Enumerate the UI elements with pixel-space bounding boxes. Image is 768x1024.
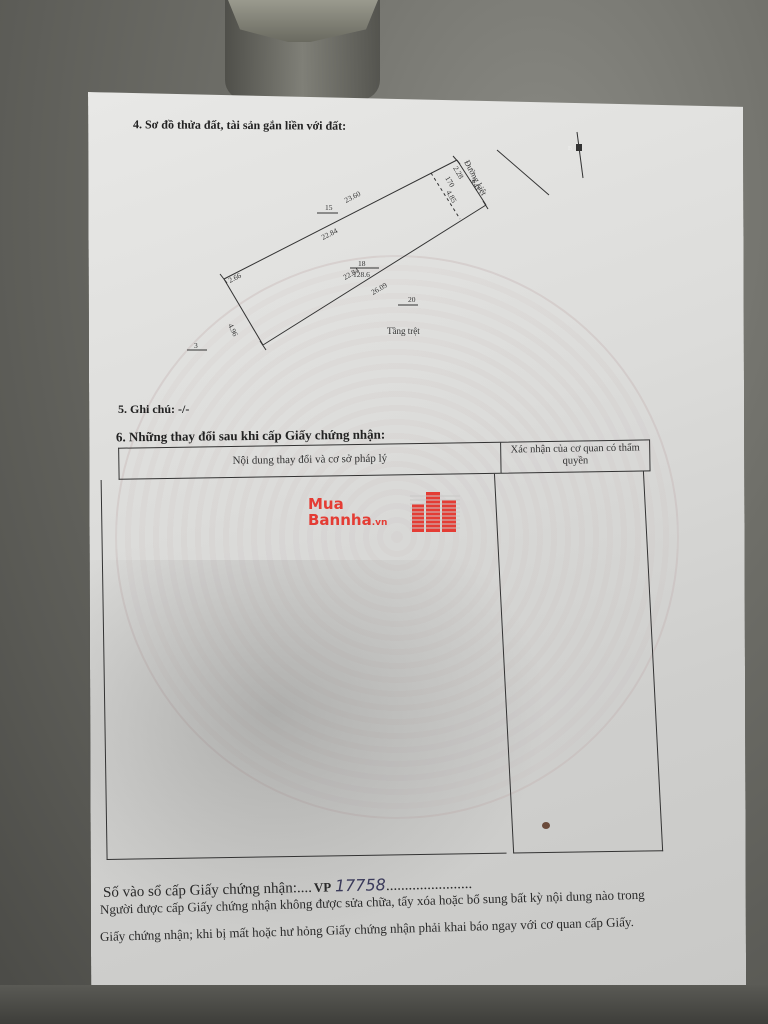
- dim-right-inner: 4.85: [444, 189, 458, 205]
- col2-header: Xác nhận của cơ quan có thẩm quyền: [501, 442, 649, 468]
- watermark-suffix: .vn: [372, 518, 388, 528]
- neighbor-15: 15: [325, 203, 333, 212]
- dim-left-side: 4.96: [226, 322, 240, 338]
- table-header-confirmation: Xác nhận của cơ quan có thẩm quyền: [500, 439, 650, 473]
- north-symbol: B: [568, 146, 572, 152]
- stain-mark: [542, 822, 550, 829]
- table-surface: [0, 985, 768, 1024]
- building-logo-icon: [410, 490, 460, 534]
- watermark-line2: Bannha.vn: [308, 512, 387, 531]
- parcel-number: 18: [358, 259, 366, 268]
- registration-number: 17758: [335, 875, 386, 895]
- watermark-logo: Mua Bannha.vn: [308, 496, 387, 531]
- neighbor-3: 3: [194, 341, 198, 350]
- col1-header: Nội dung thay đổi và cơ sở pháp lý: [119, 451, 500, 469]
- dim-right-angle: 170: [443, 175, 457, 189]
- dim-top-outer: 23.60: [343, 189, 362, 205]
- neighbor-20: 20: [408, 295, 416, 304]
- section-5-title: 5. Ghi chú: -/-: [118, 402, 189, 417]
- dim-bottom-outer: 26.09: [370, 280, 389, 296]
- plot-diagram: 15 20 3 18 128.6 Tầng trệt 23.60 22.84 2…: [180, 120, 610, 380]
- registration-prefix: VP: [314, 879, 332, 894]
- dim-left-top: 2.66: [227, 271, 243, 285]
- floor-label: Tầng trệt: [387, 326, 420, 336]
- table-body-confirmation-cell: [494, 471, 663, 853]
- watermark-line1: Mua: [308, 496, 387, 512]
